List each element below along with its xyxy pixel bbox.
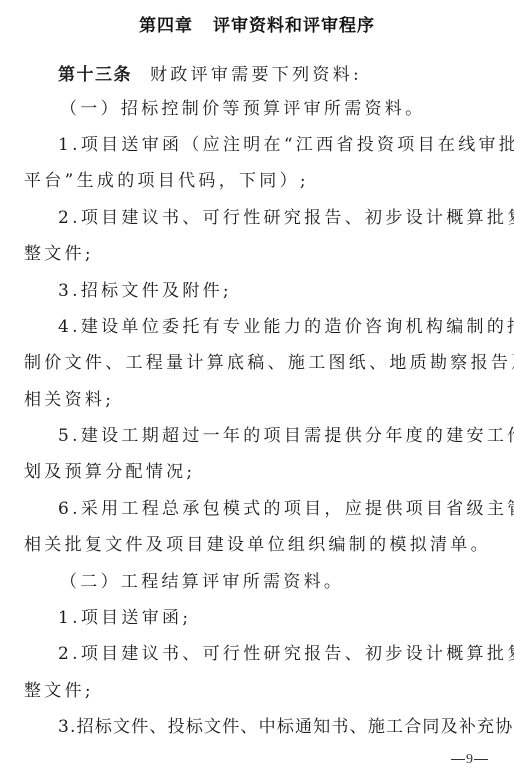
list-item: 6.采用工程总承包模式的项目，应提供项目省级主管部门 [58,498,504,520]
article-text: 财政评审需要下列资料: [150,65,362,85]
section-1-heading: （一）招标控制价等预算评审所需资料。 [60,98,514,120]
list-item-continuation: 整文件; [24,243,504,265]
article-label: 第十三条 [58,65,132,85]
chapter-number: 第四章 [139,16,193,36]
list-item-continuation: 制价文件、工程量计算底稿、施工图纸、地质勘察报告及其他 [24,352,504,374]
list-item: 2.项目建议书、可行性研究报告、初步设计概算批复及调 [58,207,504,229]
chapter-title: 第四章评审资料和评审程序 [0,11,514,36]
list-item-continuation: 整文件; [24,680,504,702]
document-page: 第四章评审资料和评审程序 第十三条财政评审需要下列资料: （一）招标控制价等预算… [0,0,514,782]
list-item-continuation: 相关批复文件及项目建设单位组织编制的模拟清单。 [24,534,504,556]
list-item-continuation: 相关资料; [24,389,504,411]
page-number: 9 [450,752,510,768]
page-number-value: 9 [466,752,473,767]
list-item: 3.招标文件及附件; [58,280,504,302]
article-13: 第十三条财政评审需要下列资料: [58,64,504,86]
dash-left [451,759,465,760]
list-item: 3.招标文件、投标文件、中标通知书、施工合同及补充协议; [58,716,504,738]
section-2-heading: （二）工程结算评审所需资料。 [60,571,514,593]
list-item-continuation: 平台”生成的项目代码，下同）; [24,170,504,192]
chapter-name: 评审资料和评审程序 [213,16,375,36]
dash-right [474,759,488,760]
list-item: 4.建设单位委托有专业能力的造价咨询机构编制的招标控 [58,316,504,338]
list-item: 1.项目送审函; [58,607,504,629]
list-item-continuation: 划及预算分配情况; [24,461,504,483]
list-item: 1.项目送审函（应注明在“江西省投资项目在线审批监管 [58,134,504,156]
list-item: 5.建设工期超过一年的项目需提供分年度的建安工作量计 [58,425,504,447]
list-item: 2.项目建议书、可行性研究报告、初步设计概算批复及调 [58,643,504,665]
